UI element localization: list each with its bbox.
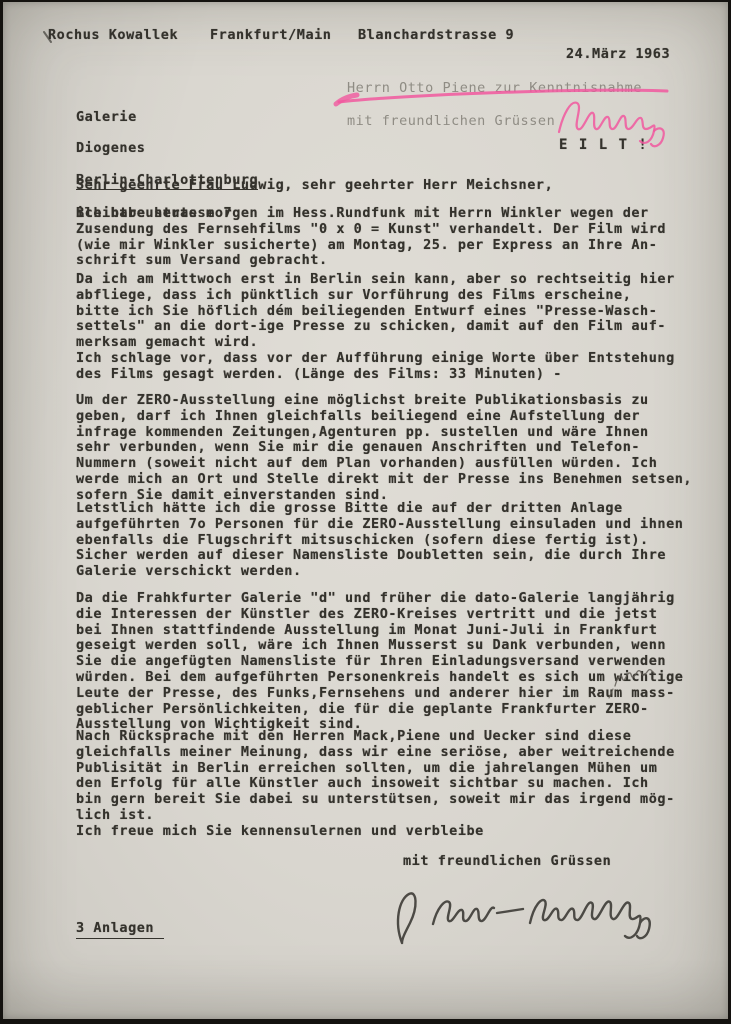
enclosures-text: 3 Anlagen: [76, 921, 164, 939]
paragraph-5: Da die Frahkfurter Galerie "d" und frühe…: [76, 591, 731, 733]
signature-scrawl: [398, 893, 650, 943]
forwarding-note-line2: mit freundlichen Grüssen: [347, 114, 555, 130]
recipient-line-1: Galerie: [76, 110, 258, 126]
sender-city: Frankfurt/Main: [210, 28, 332, 44]
letter-date: 24.März 1963: [566, 47, 670, 63]
salutation: Sehr geehrte Frau Ludwig, sehr geehrter …: [76, 178, 553, 194]
pink-signature-scrawl-tail: [651, 128, 664, 146]
paragraph-1: ich habe heute morgen im Hess.Rundfunk m…: [76, 206, 731, 269]
sender-street: Blanchardstrasse 9: [358, 28, 514, 44]
closing-line: Ich freue mich Sie kennensulernen und ve…: [76, 824, 484, 840]
urgent-stamp: E I L T !: [559, 138, 648, 154]
valediction: mit freundlichen Grüssen: [403, 854, 611, 870]
recipient-line-2: Diogenes: [76, 141, 258, 157]
paragraph-2: Da ich am Mittwoch erst in Berlin sein k…: [76, 272, 731, 383]
paragraph-4: Letstlich hätte ich die grosse Bitte die…: [76, 501, 731, 580]
forwarding-note-line1: Herrn Otto Piene zur Kenntnisnahme: [347, 81, 642, 97]
paragraph-3: Um der ZERO-Ausstellung eine möglichst b…: [76, 393, 731, 504]
letter-scan: Rochus Kowallek Frankfurt/Main Blanchard…: [3, 2, 728, 1019]
enclosures-note: 3 Anlagen: [76, 905, 164, 939]
sender-name: Rochus Kowallek: [48, 28, 178, 44]
paragraph-6: Nach Rücksprache mit den Herren Mack,Pie…: [76, 729, 731, 824]
